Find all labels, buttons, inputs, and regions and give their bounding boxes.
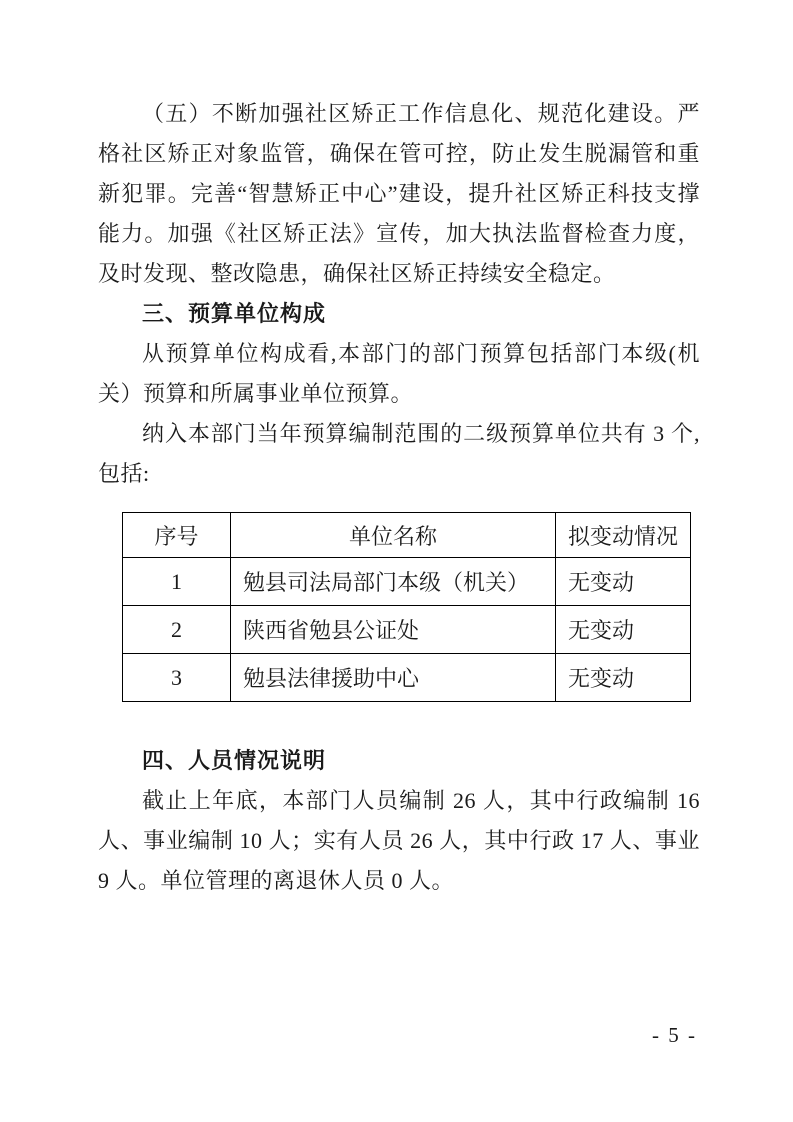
paragraph-community-correction: （五）不断加强社区矫正工作信息化、规范化建设。严格社区矫正对象监管，确保在管可控… <box>98 94 700 294</box>
table-cell-change-status: 无变动 <box>556 606 691 654</box>
table-row: 2 陕西省勉县公证处 无变动 <box>123 606 691 654</box>
paragraph-budget-composition: 从预算单位构成看,本部门的部门预算包括部门本级(机关）预算和所属事业单位预算。 <box>98 334 700 414</box>
table-header-row: 序号 单位名称 拟变动情况 <box>123 513 691 558</box>
heading-section-4-personnel: 四、人员情况说明 <box>98 741 700 781</box>
table-header-index: 序号 <box>123 513 231 558</box>
table-cell-change-status: 无变动 <box>556 654 691 702</box>
table-cell-unit-name: 勉县司法局部门本级（机关） <box>231 558 556 606</box>
table-row: 1 勉县司法局部门本级（机关） 无变动 <box>123 558 691 606</box>
table-cell-index: 1 <box>123 558 231 606</box>
table-cell-index: 2 <box>123 606 231 654</box>
table-header-unit-name: 单位名称 <box>231 513 556 558</box>
heading-section-3-budget-units: 三、预算单位构成 <box>98 294 700 334</box>
table-header-change-status: 拟变动情况 <box>556 513 691 558</box>
table-cell-unit-name: 陕西省勉县公证处 <box>231 606 556 654</box>
table-row: 3 勉县法律援助中心 无变动 <box>123 654 691 702</box>
paragraph-personnel-situation: 截止上年底，本部门人员编制 26 人，其中行政编制 16 人、事业编制 10 人… <box>98 781 700 901</box>
table-cell-change-status: 无变动 <box>556 558 691 606</box>
page-number: - 5 - <box>652 1022 697 1048</box>
document-page: （五）不断加强社区矫正工作信息化、规范化建设。严格社区矫正对象监管，确保在管可控… <box>0 0 793 1122</box>
table-cell-index: 3 <box>123 654 231 702</box>
budget-units-table: 序号 单位名称 拟变动情况 1 勉县司法局部门本级（机关） 无变动 2 陕西省勉… <box>122 512 691 702</box>
document-content: （五）不断加强社区矫正工作信息化、规范化建设。严格社区矫正对象监管，确保在管可控… <box>98 94 700 901</box>
paragraph-budget-units-count: 纳入本部门当年预算编制范围的二级预算单位共有 3 个,包括: <box>98 414 700 494</box>
table-cell-unit-name: 勉县法律援助中心 <box>231 654 556 702</box>
